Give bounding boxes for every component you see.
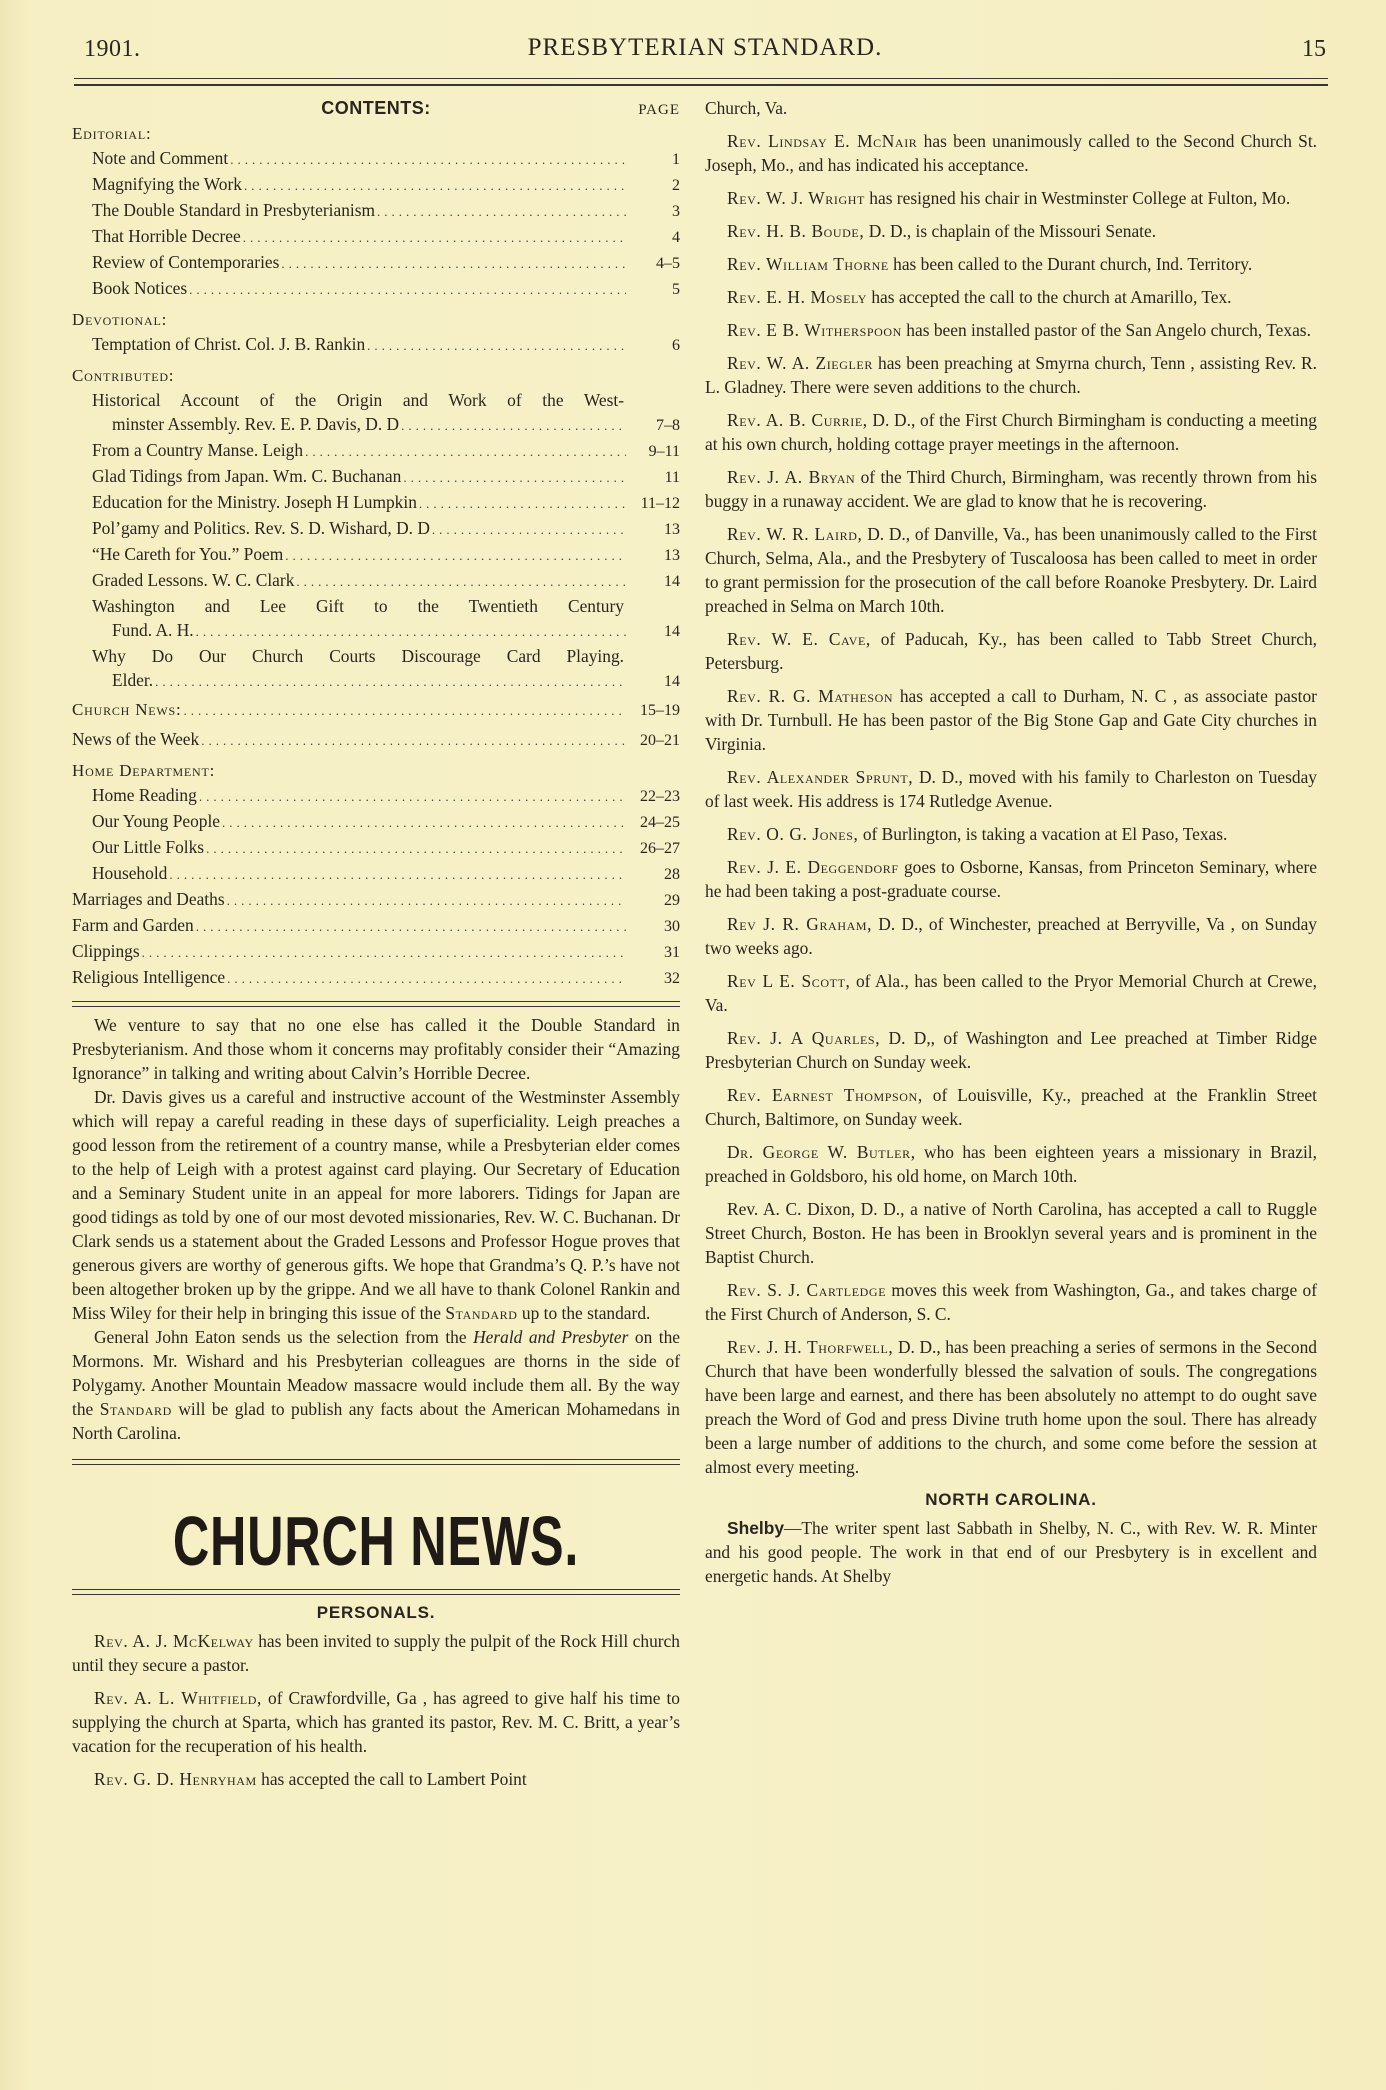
- leader-dots: [142, 941, 626, 965]
- leader-dots: [244, 174, 626, 198]
- toc-entry[interactable]: Note and Comment1: [72, 146, 680, 172]
- personal-name: Rev. W. A. Ziegler: [727, 353, 873, 373]
- personal-text: D. D., has been preaching a series of se…: [705, 1337, 1317, 1477]
- personal-item: Rev. R. G. Matheson has accepted a call …: [705, 684, 1317, 756]
- toc-entry[interactable]: Review of Contemporaries4–5: [72, 250, 680, 276]
- leader-dots: [184, 699, 626, 723]
- toc-entry-news-of-week[interactable]: News of the Week 20–21: [72, 727, 680, 753]
- toc-entry-title: Temptation of Christ. Col. J. B. Rankin: [92, 332, 365, 356]
- personal-item: Rev L E. Scott, of Ala., has been called…: [705, 969, 1317, 1017]
- toc-entry[interactable]: “He Careth for You.” Poem13: [72, 542, 680, 568]
- personal-item: Rev. Lindsay E. McNair has been unanimou…: [705, 129, 1317, 177]
- personal-name: Rev. Alexander Sprunt,: [727, 767, 913, 787]
- section-rule: [72, 1006, 680, 1007]
- publication-title: PRESBYTERIAN STANDARD.: [84, 34, 1326, 62]
- personal-text: has accepted the call to Lambert Point: [261, 1769, 527, 1789]
- leader-dots: [296, 570, 626, 594]
- editorial-paragraph: We venture to say that no one else has c…: [72, 1013, 680, 1085]
- personal-item: Rev. J. H. Thorfwell, D. D., has been pr…: [705, 1335, 1317, 1479]
- personal-text: Rev. A. C. Dixon, D. D., a native of Nor…: [705, 1199, 1317, 1267]
- section-rule: [72, 1589, 680, 1590]
- toc-entry-title: Our Little Folks: [92, 835, 204, 859]
- toc-entry[interactable]: Washington and Lee Gift to the Twentieth…: [72, 594, 680, 644]
- toc-entry-title: Book Notices: [92, 276, 187, 300]
- section-rule: [72, 1001, 680, 1002]
- toc-section-editorial: Editorial:: [72, 122, 680, 146]
- editorial-note: We venture to say that no one else has c…: [72, 1013, 680, 1445]
- toc-entry-page: 13: [632, 518, 680, 542]
- leader-dots: [403, 466, 626, 490]
- toc-entry-title: “He Careth for You.” Poem: [92, 542, 283, 566]
- church-news-banner: CHURCH NEWS.: [157, 1503, 595, 1579]
- toc-entry-page: 28: [632, 863, 680, 887]
- section-rule: [72, 1464, 680, 1465]
- leader-dots: [401, 414, 626, 438]
- personal-item: Rev. J. E. Deggendorf goes to Osborne, K…: [705, 855, 1317, 903]
- personal-item: Rev. G. D. Henryham has accepted the cal…: [72, 1767, 680, 1791]
- toc-entry-page: 29: [632, 889, 680, 913]
- personal-name: Rev. J. H. Thorfwell,: [727, 1337, 893, 1357]
- toc-entry-page: 31: [632, 941, 680, 965]
- personal-name: Rev. W. R. Laird,: [727, 524, 862, 544]
- toc-section-home-department: Home Department:: [72, 759, 680, 783]
- toc-entry[interactable]: Book Notices5: [72, 276, 680, 302]
- toc-entry-title: Marriages and Deaths: [72, 887, 225, 911]
- personal-name: Rev. J. E. Deggendorf: [727, 857, 899, 877]
- personal-item: Dr. George W. Butler, who has been eight…: [705, 1140, 1317, 1188]
- north-carolina-heading: NORTH CAROLINA.: [705, 1488, 1317, 1512]
- personal-item: Rev. E B. Witherspoon has been installed…: [705, 318, 1317, 342]
- header-rule-thick: [74, 84, 1328, 86]
- toc-entry[interactable]: Temptation of Christ. Col. J. B. Rankin6: [72, 332, 680, 358]
- toc-entry-page: 11–12: [632, 492, 680, 516]
- toc-entry-title: Glad Tidings from Japan. Wm. C. Buchanan: [92, 464, 401, 488]
- toc-entry-page: 30: [632, 915, 680, 939]
- toc-entry[interactable]: The Double Standard in Presbyterianism3: [72, 198, 680, 224]
- toc-entry-title: Home Reading: [92, 783, 197, 807]
- toc-entry-title: The Double Standard in Presbyterianism: [92, 198, 375, 222]
- personal-name: Rev. W. E. Cave,: [727, 629, 871, 649]
- personal-item: Rev. William Thorne has been called to t…: [705, 252, 1317, 276]
- toc-entry-page: 4: [632, 226, 680, 250]
- contents-page-label: PAGE: [638, 98, 680, 122]
- leader-dots: [201, 729, 626, 753]
- personal-text: has been installed pastor of the San Ang…: [906, 320, 1311, 340]
- toc-entry-title: Graded Lessons. W. C. Clark: [92, 568, 294, 592]
- leader-dots: [199, 785, 626, 809]
- personal-name: Rev. Lindsay E. McNair: [727, 131, 917, 151]
- personal-item: Rev. J. A Quarles, D. D,, of Washington …: [705, 1026, 1317, 1074]
- personal-name: Rev. G. D. Henryham: [94, 1769, 257, 1789]
- left-column: CONTENTS: PAGE Editorial: Note and Comme…: [72, 96, 680, 1800]
- leader-dots: [367, 334, 626, 358]
- personal-item: Rev. A. C. Dixon, D. D., a native of Nor…: [705, 1197, 1317, 1269]
- personal-item: Rev. W. R. Laird, D. D., of Danville, Va…: [705, 522, 1317, 618]
- toc-entry[interactable]: Why Do Our Church Courts Discourage Card…: [72, 644, 680, 694]
- toc-entry[interactable]: Graded Lessons. W. C. Clark14: [72, 568, 680, 594]
- toc-entry-title: Farm and Garden: [72, 913, 194, 937]
- personal-name: Rev. W. J. Wright: [727, 188, 865, 208]
- personal-item: Rev. A. B. Currie, D. D., of the First C…: [705, 408, 1317, 456]
- toc-entry-page: 9–11: [632, 440, 680, 464]
- personal-name: Rev. E B. Witherspoon: [727, 320, 902, 340]
- toc-entry-title: From a Country Manse. Leigh: [92, 438, 303, 462]
- toc-entry-page: 6: [632, 334, 680, 358]
- personal-name: Rev. J. A Quarles,: [727, 1028, 880, 1048]
- leader-dots: [222, 811, 626, 835]
- toc-entry-title: Education for the Ministry. Joseph H Lum…: [92, 490, 417, 514]
- personal-item: Rev. E. H. Mosely has accepted the call …: [705, 285, 1317, 309]
- personal-name: Rev. A. B. Currie,: [727, 410, 868, 430]
- leader-dots: [227, 889, 626, 913]
- leader-dots: [285, 544, 626, 568]
- personal-name: Rev. William Thorne: [727, 254, 889, 274]
- personal-text: has been called to the Durant church, In…: [893, 254, 1252, 274]
- personal-item: Rev J. R. Graham, D. D., of Winchester, …: [705, 912, 1317, 960]
- toc-entry[interactable]: Polʼgamy and Politics. Rev. S. D. Wishar…: [72, 516, 680, 542]
- leader-dots: [189, 278, 626, 302]
- toc-entry-title: That Horrible Decree: [92, 224, 241, 248]
- section-rule: [72, 1459, 680, 1460]
- personal-name: Rev. A. L. Whitfield,: [94, 1688, 262, 1708]
- leader-dots: [281, 252, 626, 276]
- toc-entry-page: 13: [632, 544, 680, 568]
- personal-item: Rev. W. E. Cave, of Paducah, Ky., has be…: [705, 627, 1317, 675]
- personal-text: has resigned his chair in Westminster Co…: [869, 188, 1290, 208]
- leader-dots: [227, 967, 626, 991]
- toc-entry[interactable]: That Horrible Decree4: [72, 224, 680, 250]
- toc-entry[interactable]: Clippings31: [72, 939, 680, 965]
- leader-dots: [432, 518, 626, 542]
- personal-text: Church, Va.: [705, 98, 787, 118]
- personal-name: Rev L E. Scott,: [727, 971, 850, 991]
- toc-entry-page: 3: [632, 200, 680, 224]
- toc-entry-title: Magnifying the Work: [92, 172, 242, 196]
- personal-name: Rev. E. H. Mosely: [727, 287, 867, 307]
- toc-entry-title: Note and Comment: [92, 146, 228, 170]
- toc-entry-title: Polʼgamy and Politics. Rev. S. D. Wishar…: [92, 516, 430, 540]
- toc-entry-page: 22–23: [632, 785, 680, 809]
- leader-dots: [155, 670, 626, 694]
- personal-name: Rev. A. J. McKelway: [94, 1631, 254, 1651]
- personal-item: Rev. J. A. Bryan of the Third Church, Bi…: [705, 465, 1317, 513]
- personal-name: Rev J. R. Graham,: [727, 914, 872, 934]
- toc-entry-page: 2: [632, 174, 680, 198]
- leader-dots: [196, 620, 626, 644]
- toc-entry[interactable]: Our Young People24–25: [72, 809, 680, 835]
- right-column: Church, Va.Rev. Lindsay E. McNair has be…: [705, 96, 1317, 1588]
- toc-entry-page: 11: [632, 466, 680, 490]
- toc-entry[interactable]: From a Country Manse. Leigh9–11: [72, 438, 680, 464]
- section-rule: [72, 1594, 680, 1595]
- toc-entry-page: 1: [632, 148, 680, 172]
- personal-item: Rev. H. B. Boude, D. D., is chaplain of …: [705, 219, 1317, 243]
- toc-entry[interactable]: Marriages and Deaths29: [72, 887, 680, 913]
- toc-entry-page: 14: [632, 570, 680, 594]
- personal-name: Dr. George W. Butler,: [727, 1142, 916, 1162]
- toc-entry[interactable]: Farm and Garden30: [72, 913, 680, 939]
- leader-dots: [196, 915, 626, 939]
- toc-entry-title: Clippings: [72, 939, 140, 963]
- toc-entry-title: Review of Contemporaries: [92, 250, 279, 274]
- personal-name: Rev. H. B. Boude,: [727, 221, 864, 241]
- personal-name: Rev. S. J. Cartledge: [727, 1280, 886, 1300]
- leader-dots: [377, 200, 626, 224]
- toc-entry-page: 24–25: [632, 811, 680, 835]
- toc-entry[interactable]: Religious Intelligence32: [72, 965, 680, 991]
- toc-entry-church-news[interactable]: Church News: 15–19: [72, 698, 680, 723]
- personal-text: D. D., is chaplain of the Missouri Senat…: [869, 221, 1156, 241]
- personal-item: Rev. S. J. Cartledge moves this week fro…: [705, 1278, 1317, 1326]
- header-rule: [74, 78, 1328, 79]
- running-header: 1901. PRESBYTERIAN STANDARD. 15: [84, 30, 1326, 70]
- personal-item: Rev. W. J. Wright has resigned his chair…: [705, 186, 1317, 210]
- toc-entry[interactable]: Magnifying the Work2: [72, 172, 680, 198]
- personal-item: Rev. W. A. Ziegler has been preaching at…: [705, 351, 1317, 399]
- personal-item: Rev. A. L. Whitfield, of Crawfordville, …: [72, 1686, 680, 1758]
- toc-entry-title: Religious Intelligence: [72, 965, 225, 989]
- contents-title: CONTENTS:: [72, 96, 680, 120]
- personal-name: Rev. J. A. Bryan: [727, 467, 855, 487]
- leader-dots: [230, 148, 626, 172]
- page-number: 15: [1302, 36, 1326, 63]
- table-of-contents: CONTENTS: PAGE Editorial: Note and Comme…: [72, 96, 680, 991]
- personal-name: Rev. R. G. Matheson: [727, 686, 893, 706]
- editorial-paragraph: General John Eaton sends us the selectio…: [72, 1325, 680, 1445]
- toc-section-devotional: Devotional:: [72, 308, 680, 332]
- toc-entry-page: 5: [632, 278, 680, 302]
- personal-name: Rev. O. G. Jones,: [727, 824, 858, 844]
- toc-entry-title: Our Young People: [92, 809, 220, 833]
- toc-section-contributed: Contributed:: [72, 364, 680, 388]
- toc-entry[interactable]: Household28: [72, 861, 680, 887]
- personals-heading: PERSONALS.: [72, 1601, 680, 1625]
- leader-dots: [169, 863, 626, 887]
- personal-item: Rev. O. G. Jones, of Burlington, is taki…: [705, 822, 1317, 846]
- leader-dots: [305, 440, 626, 464]
- toc-entry[interactable]: Glad Tidings from Japan. Wm. C. Buchanan…: [72, 464, 680, 490]
- personal-item: Church, Va.: [705, 96, 1317, 120]
- personal-item: Rev. Earnest Thompson, of Louisville, Ky…: [705, 1083, 1317, 1131]
- leader-dots: [206, 837, 626, 861]
- leader-dots: [243, 226, 626, 250]
- toc-entry-page: 32: [632, 967, 680, 991]
- toc-entry-title: Household: [92, 861, 167, 885]
- editorial-paragraph: Dr. Davis gives us a careful and instruc…: [72, 1085, 680, 1325]
- toc-entry[interactable]: Education for the Ministry. Joseph H Lum…: [72, 490, 680, 516]
- shelby-paragraph: Shelby—The writer spent last Sabbath in …: [705, 1516, 1317, 1588]
- toc-entry-page: 4–5: [632, 252, 680, 276]
- personal-text: has accepted the call to the church at A…: [871, 287, 1231, 307]
- personal-name: Rev. Earnest Thompson,: [727, 1085, 923, 1105]
- leader-dots: [419, 492, 626, 516]
- personal-item: Rev. A. J. McKelway has been invited to …: [72, 1629, 680, 1677]
- toc-entry-page: 26–27: [632, 837, 680, 861]
- toc-entry[interactable]: Our Little Folks26–27: [72, 835, 680, 861]
- personal-text: of Burlington, is taking a vacation at E…: [863, 824, 1228, 844]
- personal-item: Rev. Alexander Sprunt, D. D., moved with…: [705, 765, 1317, 813]
- toc-entry[interactable]: Historical Account of the Origin and Wor…: [72, 388, 680, 438]
- toc-entry[interactable]: Home Reading22–23: [72, 783, 680, 809]
